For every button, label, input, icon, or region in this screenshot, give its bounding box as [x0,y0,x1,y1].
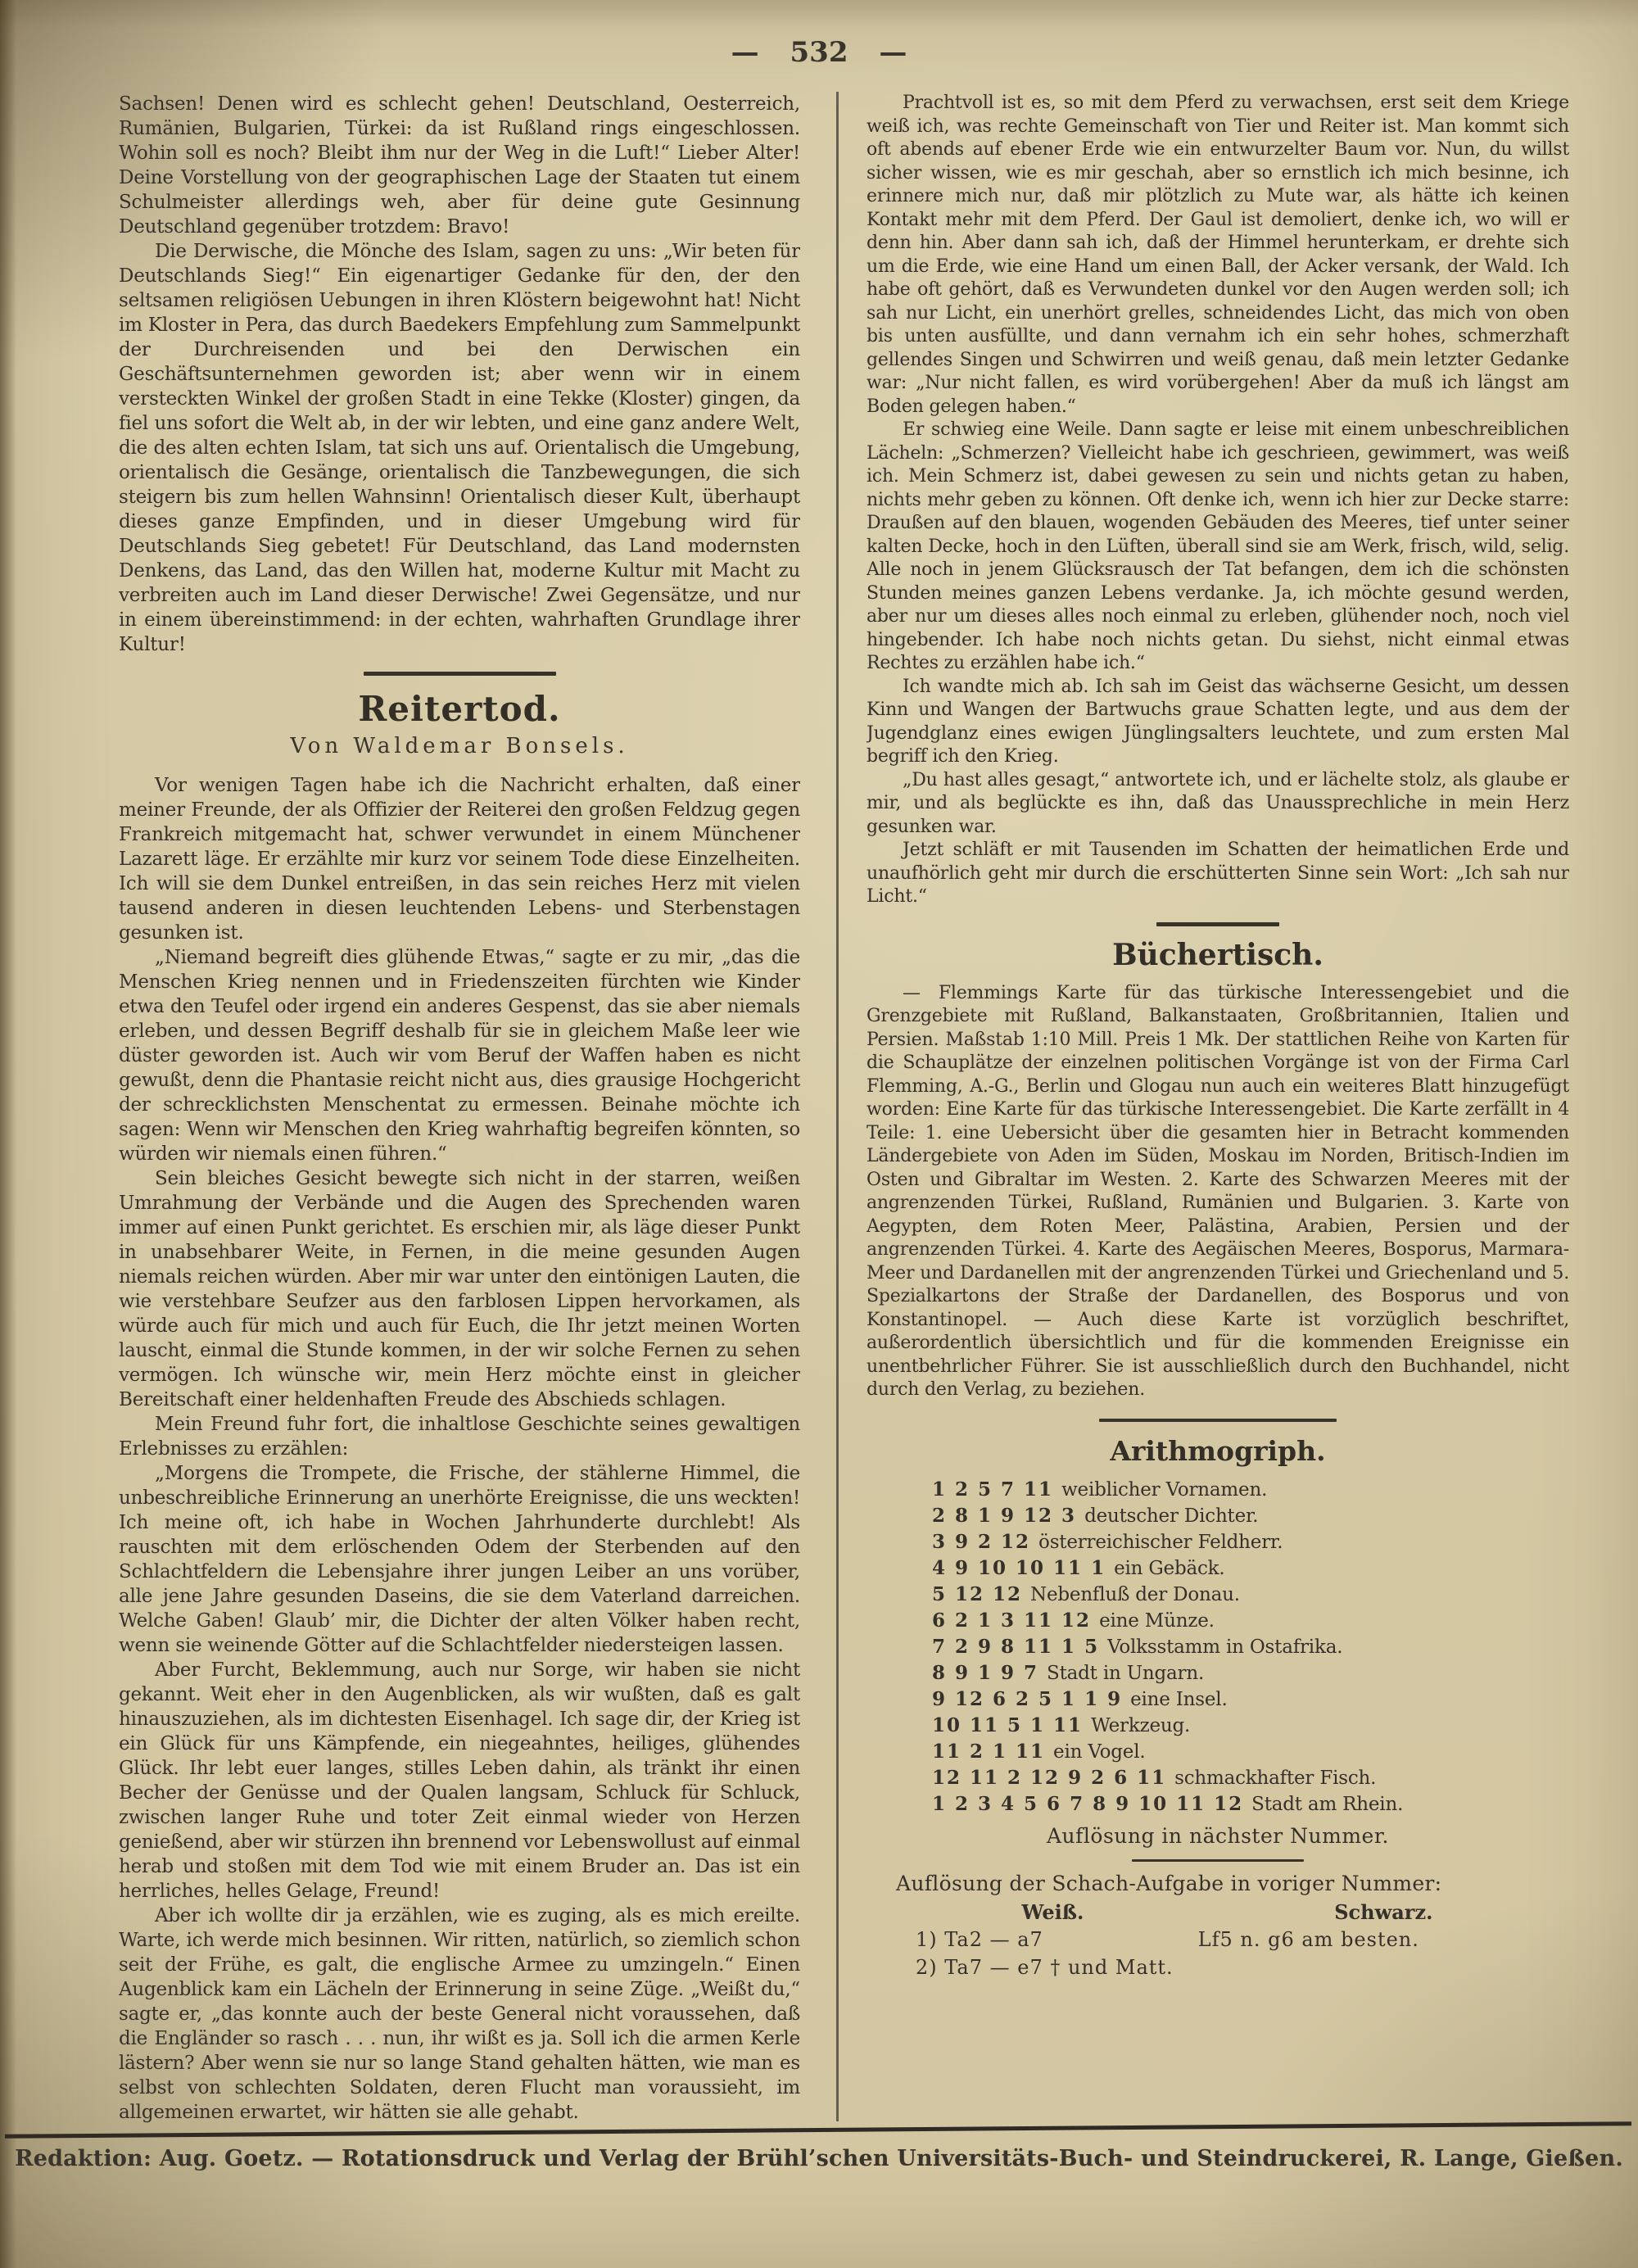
clue-numbers: 9 12 6 2 5 1 1 9 [932,1688,1122,1710]
arithmogriph-clue: 7 2 9 8 11 1 5Volksstamm in Ostafrika. [932,1634,1569,1660]
article-paragraph: Mein Freund fuhr fort, die inhaltlose Ge… [119,1412,800,1461]
arithmogriph-clue: 1 2 3 4 5 6 7 8 9 10 11 12Stadt am Rhein… [932,1791,1569,1818]
article-byline: Von Waldemar Bonsels. [119,734,800,758]
article-paragraph: Er schwieg eine Weile. Dann sagte er lei… [867,419,1569,676]
clue-numbers: 6 2 1 3 11 12 [932,1609,1091,1632]
chess-move: 2) Ta7 — e7 † und Matt. [916,1953,1190,1981]
arithmogriph-clue: 8 9 1 9 7Stadt in Ungarn. [932,1660,1569,1686]
clue-numbers: 4 9 10 10 11 1 [932,1557,1106,1579]
article-title: Reitertod. [119,689,800,729]
clue-text: Werkzeug. [1091,1715,1190,1736]
article-paragraph: Vor wenigen Tagen habe ich die Nachricht… [119,773,800,945]
arithmogriph-clue: 12 11 2 12 9 2 6 11schmackhafter Fisch. [932,1765,1569,1791]
arithmogriph-clue: 5 12 12Nebenfluß der Donau. [932,1582,1569,1608]
clue-numbers: 7 2 9 8 11 1 5 [932,1636,1099,1658]
clue-numbers: 3 9 2 12 [932,1531,1030,1553]
article-paragraph: Aber Furcht, Beklemmung, auch nur Sorge,… [119,1658,800,1904]
arithmogriph-clue: 11 2 1 11ein Vogel. [932,1739,1569,1765]
chess-black-label: Schwarz. [1198,1900,1569,1924]
section-divider [364,672,556,676]
clue-text: ein Gebäck. [1114,1558,1224,1579]
arithmogriph-clues: 1 2 5 7 11weiblicher Vornamen. 2 8 1 9 1… [932,1477,1569,1818]
intro-paragraph: Die Derwische, die Mönche des Islam, sag… [119,239,800,657]
clue-text: Stadt in Ungarn. [1047,1663,1204,1684]
arithmogriph-clue: 3 9 2 12österreichischer Feldherr. [932,1529,1569,1555]
arithmogriph-solution-note: Auflösung in nächster Nummer. [867,1824,1569,1848]
intro-paragraph: Sachsen! Denen wird es schlecht gehen! D… [119,92,800,239]
article-paragraph: „Morgens die Trompete, die Frische, der … [119,1461,800,1658]
article-paragraph: Aber ich wollte dir ja erzählen, wie es … [119,1904,800,2123]
clue-text: österreichischer Feldherr. [1038,1532,1283,1553]
footer-rule [5,2121,1631,2139]
article-paragraph: „Du hast alles gesagt,“ antwortete ich, … [867,769,1569,840]
clue-numbers: 1 2 5 7 11 [932,1478,1053,1501]
clue-numbers: 11 2 1 11 [932,1741,1045,1763]
arithmogriph-title: Arithmogriph. [867,1435,1569,1467]
arithmogriph-clue: 4 9 10 10 11 1ein Gebäck. [932,1555,1569,1582]
clue-numbers: 2 8 1 9 12 3 [932,1505,1076,1527]
arithmogriph-clue: 1 2 5 7 11weiblicher Vornamen. [932,1477,1569,1503]
chess-move: 1) Ta2 — a7 [916,1926,1190,1953]
article-paragraph: „Niemand begreift dies glühende Etwas,“ … [119,945,800,1166]
arithmogriph-clue: 9 12 6 2 5 1 1 9eine Insel. [932,1686,1569,1713]
chess-black-column: Schwarz. Lf5 n. g6 am besten. [1190,1900,1569,1981]
clue-text: eine Münze. [1099,1610,1215,1632]
clue-text: deutscher Dichter. [1084,1505,1258,1527]
clue-text: Nebenfluß der Donau. [1030,1584,1240,1605]
arithmogriph-clue: 6 2 1 3 11 12eine Münze. [932,1608,1569,1634]
clue-numbers: 1 2 3 4 5 6 7 8 9 10 11 12 [932,1793,1243,1815]
section-divider [1099,1419,1337,1422]
chess-solution-heading: Auflösung der Schach-Aufgabe in voriger … [867,1872,1569,1895]
clue-numbers: 8 9 1 9 7 [932,1662,1038,1684]
clue-text: eine Insel. [1130,1689,1227,1710]
clue-numbers: 5 12 12 [932,1583,1022,1605]
clue-text: ein Vogel. [1053,1741,1145,1763]
clue-numbers: 12 11 2 12 9 2 6 11 [932,1767,1166,1789]
article-paragraph: Jetzt schläft er mit Tausenden im Schatt… [867,839,1569,909]
right-column: Prachtvoll ist es, so mit dem Pferd zu v… [867,92,1569,2123]
chess-move: Lf5 n. g6 am besten. [1198,1926,1569,1953]
left-column: Sachsen! Denen wird es schlecht gehen! D… [119,92,800,2123]
article-paragraph: Sein bleiches Gesicht bewegte sich nicht… [119,1166,800,1412]
section-divider [1132,1859,1304,1862]
arithmogriph-clue: 2 8 1 9 12 3deutscher Dichter. [932,1503,1569,1529]
page-number: — 532 — [0,36,1638,69]
arithmogriph-clue: 10 11 5 1 11Werkzeug. [932,1713,1569,1739]
clue-text: Volksstamm in Ostafrika. [1107,1636,1342,1658]
clue-text: Stadt am Rhein. [1251,1794,1403,1815]
chess-solution: Auflösung der Schach-Aufgabe in voriger … [867,1872,1569,1981]
section-divider [1156,922,1279,926]
buechertisch-paragraph: — Flemmings Karte für das türkische Inte… [867,982,1569,1402]
chess-white-label: Weiß. [916,1900,1190,1924]
article-paragraph: Prachtvoll ist es, so mit dem Pferd zu v… [867,92,1569,419]
newspaper-page: — 532 — Sachsen! Denen wird es schlecht … [0,0,1638,2268]
clue-numbers: 10 11 5 1 11 [932,1714,1083,1736]
clue-text: weiblicher Vornamen. [1061,1479,1267,1501]
chess-white-column: Weiß. 1) Ta2 — a7 2) Ta7 — e7 † und Matt… [867,1900,1190,1981]
chess-solution-columns: Weiß. 1) Ta2 — a7 2) Ta7 — e7 † und Matt… [867,1900,1569,1981]
column-divider-rule [836,92,839,2121]
footer-imprint: Redaktion: Aug. Goetz. — Rotationsdruck … [0,2146,1638,2171]
clue-text: schmackhafter Fisch. [1174,1768,1376,1789]
buechertisch-title: Büchertisch. [867,938,1569,972]
article-paragraph: Ich wandte mich ab. Ich sah im Geist das… [867,676,1569,769]
